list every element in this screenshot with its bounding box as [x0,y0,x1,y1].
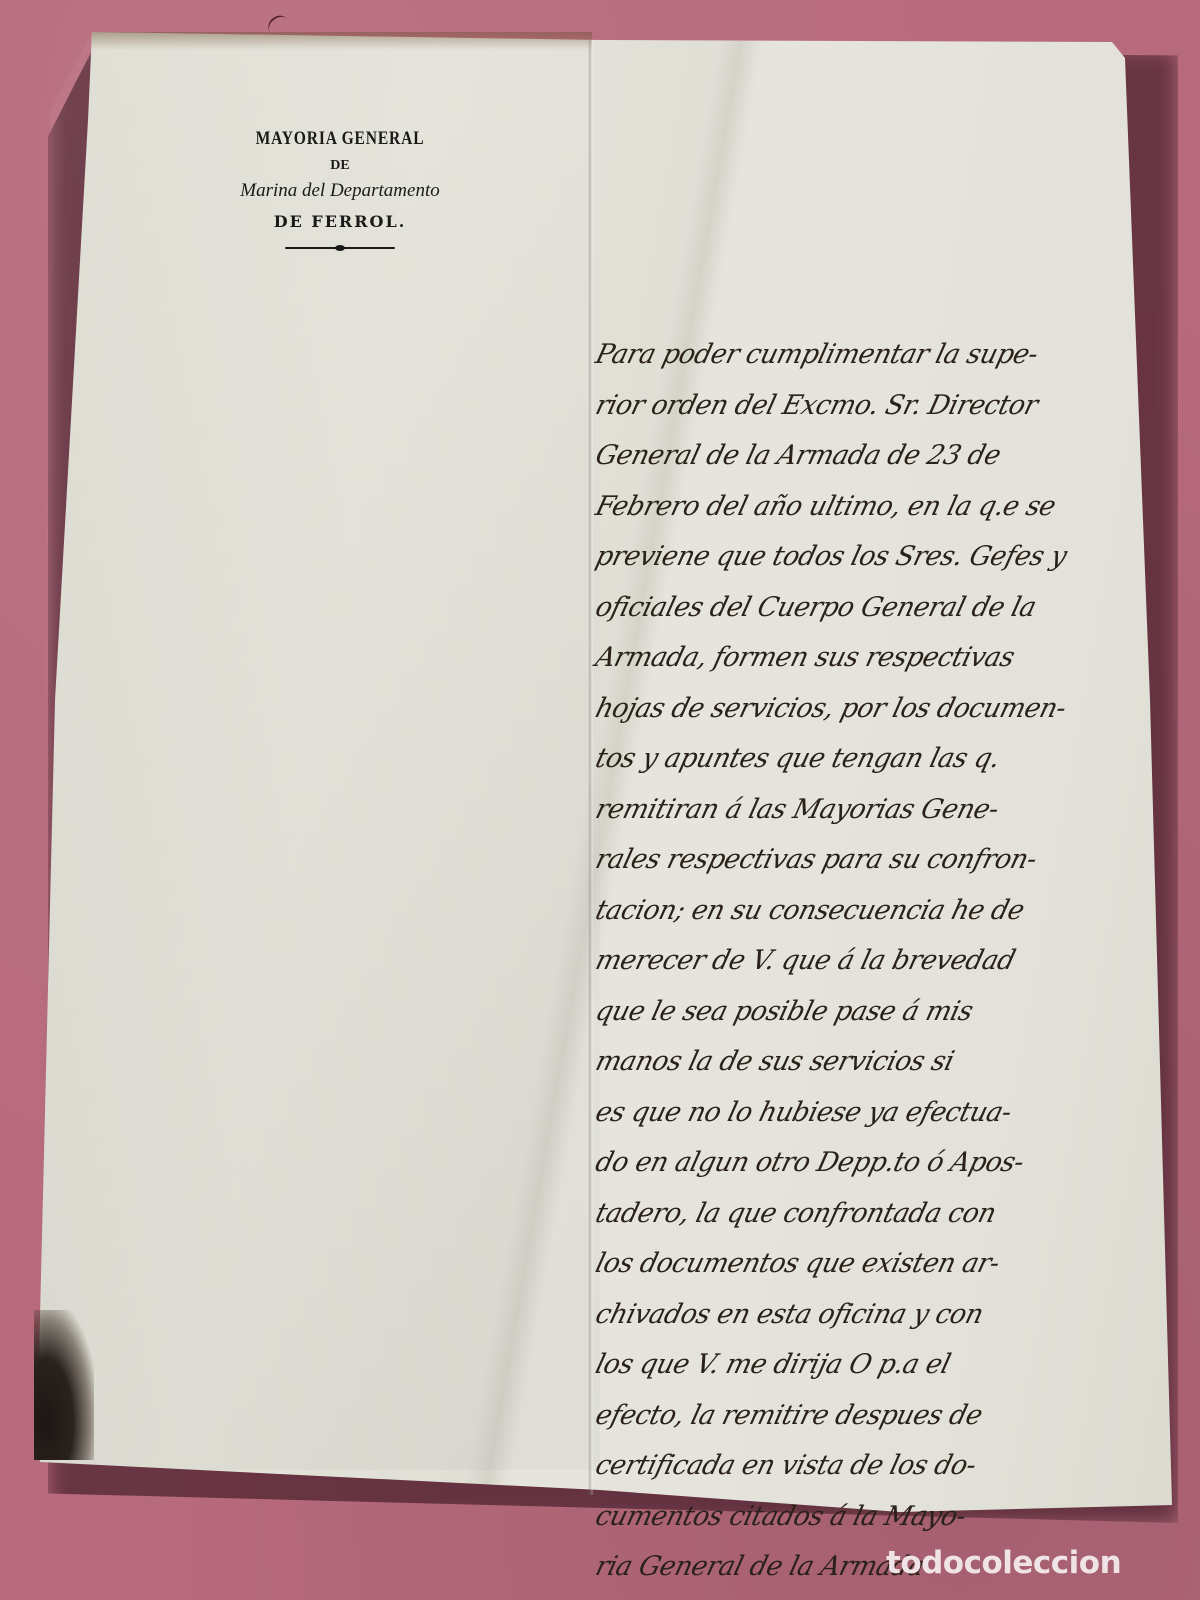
manuscript-line: que le sea posible pase á mis [590,987,1151,1038]
manuscript-line: do en algun otro Depp.to ó Apos- [590,1138,1151,1189]
manuscript-line: Febrero del año ultimo, en la q.e se [590,482,1151,533]
manuscript-line: General de la Armada de 23 de [590,431,1151,482]
manuscript-line: merecer de V. que á la brevedad [590,936,1151,987]
manuscript-line: los documentos que existen ar- [590,1239,1151,1290]
manuscript-line: rales respectivas para su confron- [590,835,1151,886]
manuscript-line: es que no lo hubiese ya efectua- [590,1088,1151,1139]
letterhead: MAYORIA GENERAL DE Marina del Departamen… [200,128,480,251]
manuscript-line: efecto, la remitire despues de [590,1391,1151,1442]
manuscript-line: hojas de servicios, por los documen- [590,684,1151,735]
rule-ornament-icon [285,245,395,251]
manuscript-line: rior orden del Excmo. Sr. Director [590,381,1151,432]
letterhead-location: DE FERROL. [200,212,480,231]
manuscript-line: previene que todos los Sres. Gefes y [590,532,1151,583]
letterhead-title: MAYORIA GENERAL [225,128,455,150]
handwritten-text: Para poder cumplimentar la supe- rior or… [596,330,1156,1593]
manuscript-line: manos la de sus servicios si [590,1037,1151,1088]
letterhead-de: DE [200,158,480,174]
manuscript-line: Para poder cumplimentar la supe- [590,330,1151,381]
manuscript-line: tacion; en su consecuencia he de [590,886,1151,937]
watermark-logo: todocoleccion [886,1545,1121,1581]
manuscript-line: chivados en esta oficina y con [590,1290,1151,1341]
edge-stain [92,32,592,50]
manuscript-line: oficiales del Cuerpo General de la [590,583,1151,634]
burn-mark [34,1310,94,1460]
manuscript-line: remitiran á las Mayorias Gene- [590,785,1151,836]
manuscript-line: tadero, la que confrontada con [590,1189,1151,1240]
letterhead-department: Marina del Departamento [200,180,480,202]
manuscript-line: cumentos citados á la Mayo- [590,1492,1151,1543]
manuscript-line: los que V. me dirija O p.a el [590,1340,1151,1391]
manuscript-line: tos y apuntes que tengan las q. [590,734,1151,785]
manuscript-line: Armada, formen sus respectivas [590,633,1151,684]
manuscript-line: certificada en vista de los do- [590,1441,1151,1492]
